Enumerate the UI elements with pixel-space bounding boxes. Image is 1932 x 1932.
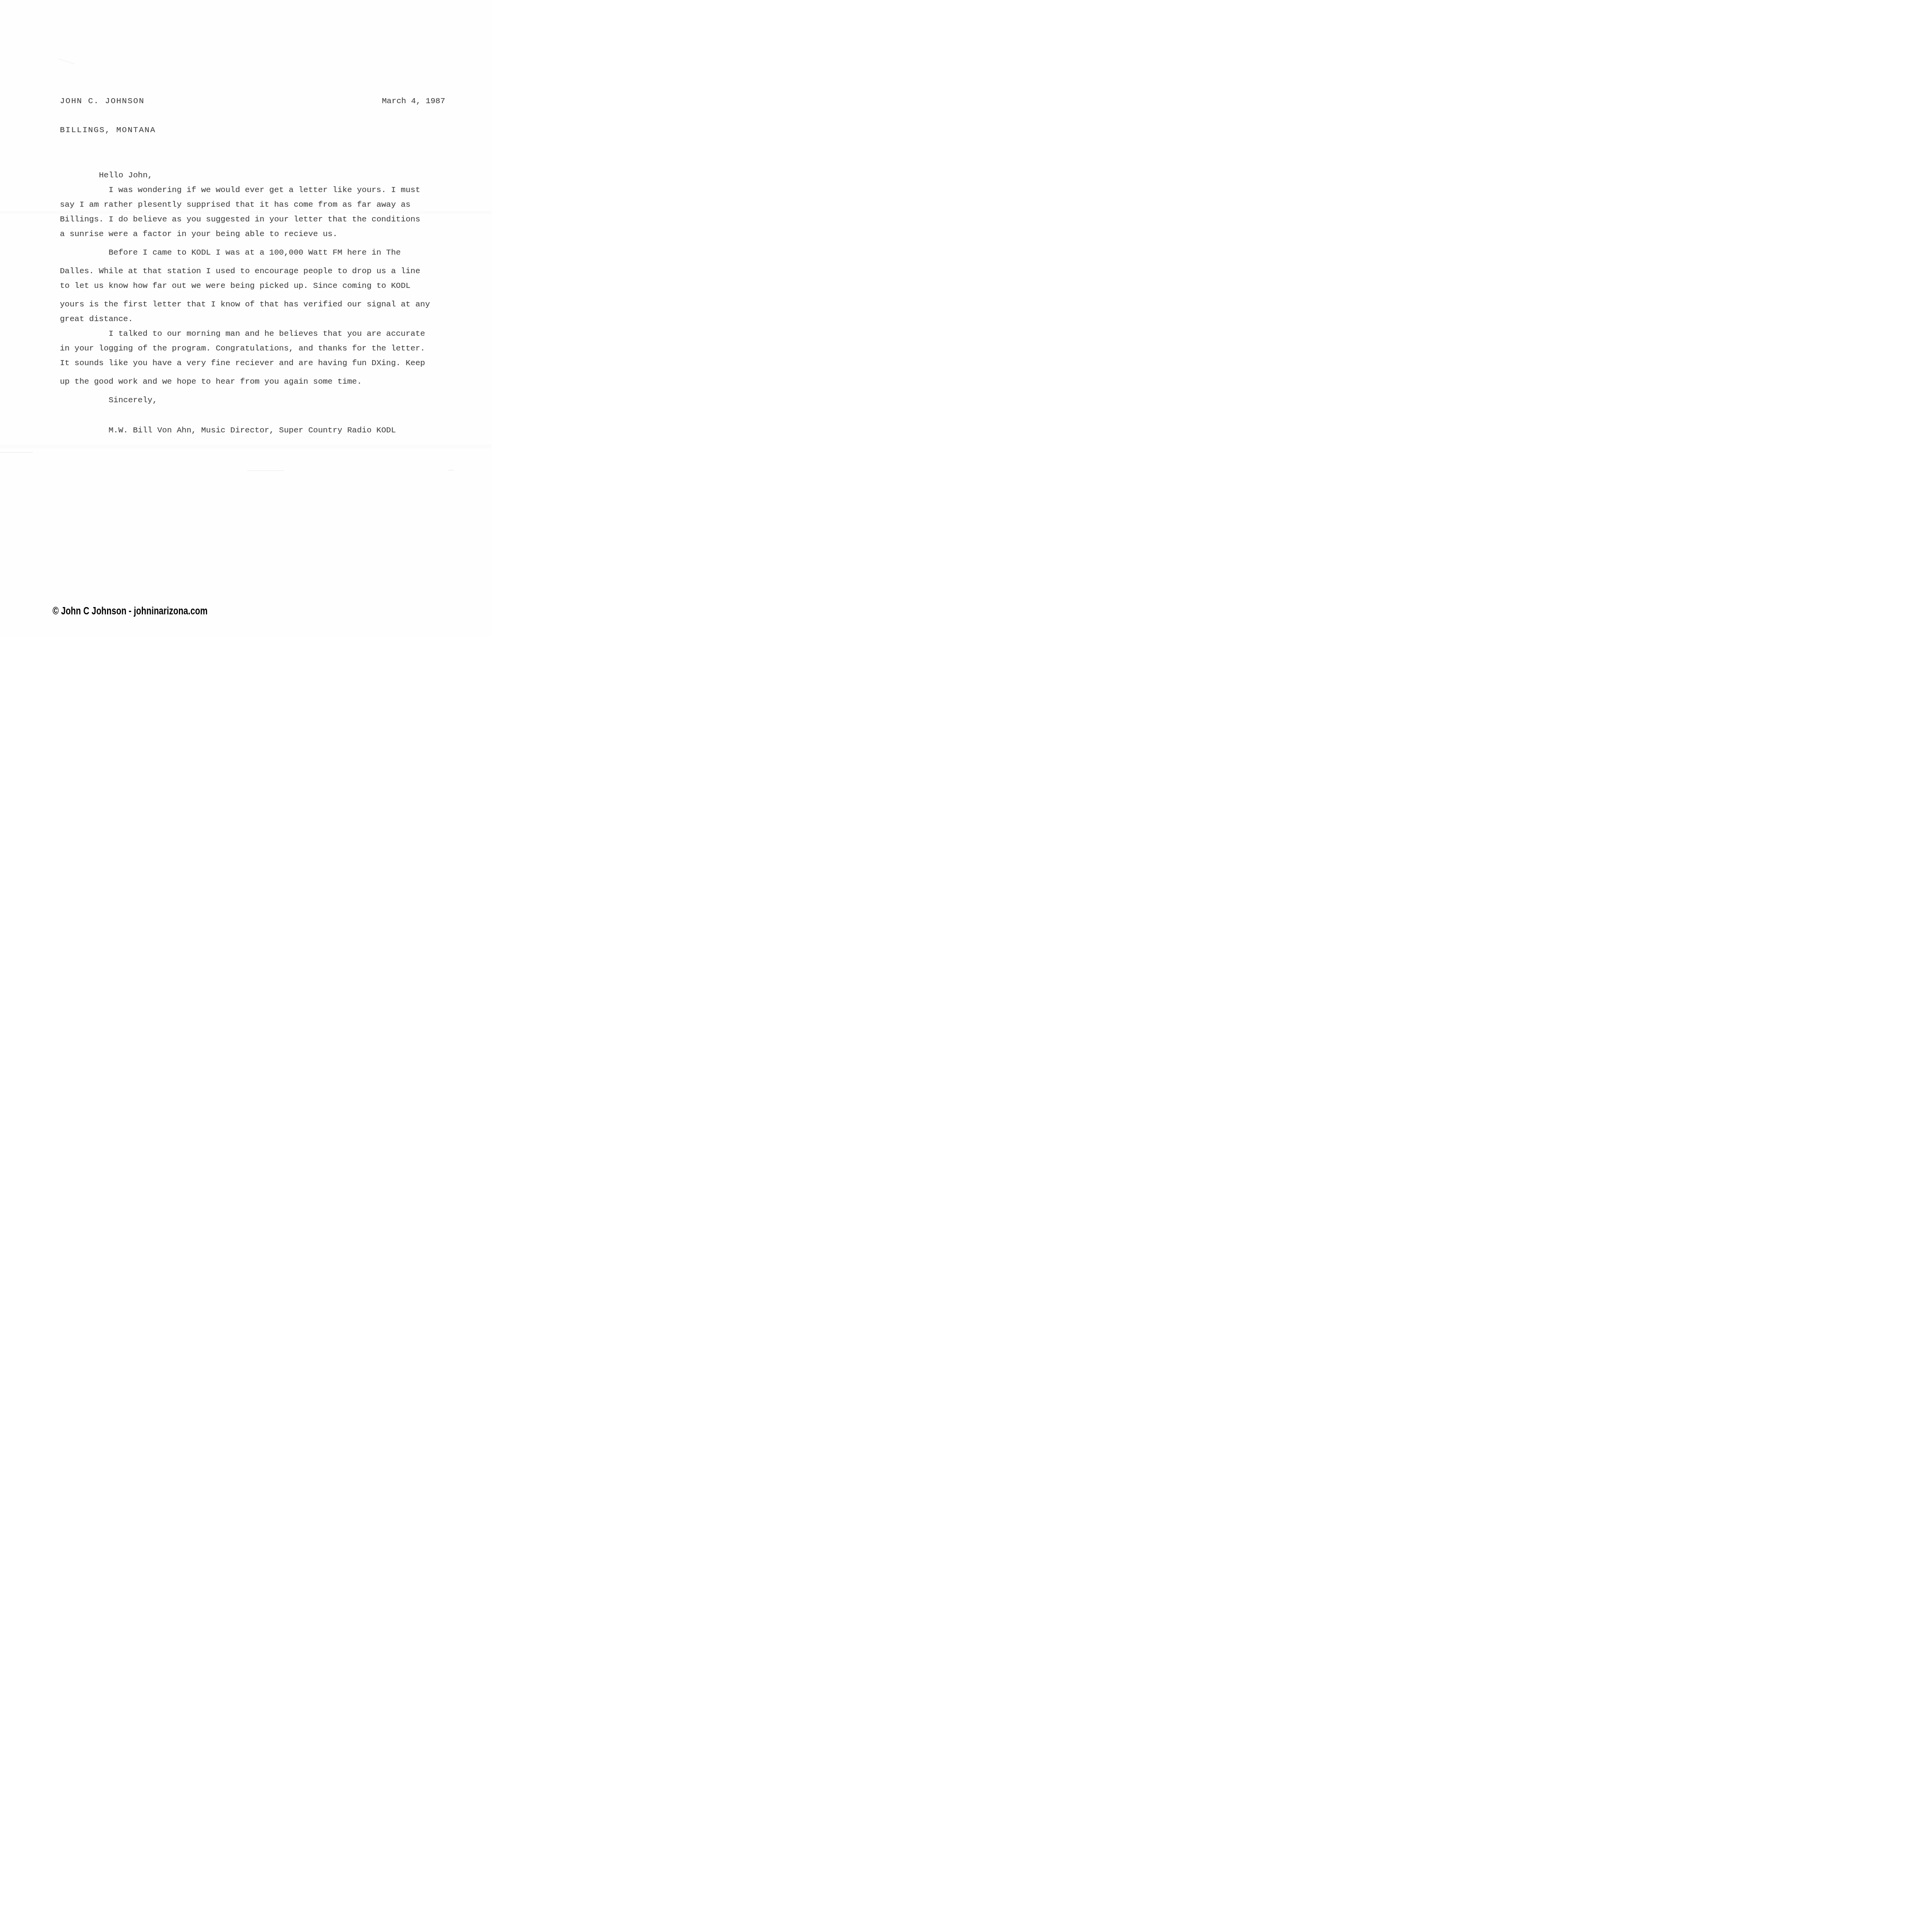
letter-line: in your logging of the program. Congratu…: [60, 342, 468, 356]
letter-line: Before I came to KODL I was at a 100,000…: [60, 246, 468, 260]
letter-body: Hello John, I was wondering if we would …: [60, 168, 468, 438]
letter-line: yours is the first letter that I know of…: [60, 298, 468, 312]
scan-artifact: [448, 470, 454, 471]
signature-line: M.W. Bill Von Ahn, Music Director, Super…: [60, 423, 468, 438]
recipient-location: BILLINGS, MONTANA: [60, 123, 445, 138]
copyright-credit: © John C Johnson - johninarizona.com: [53, 605, 207, 617]
closing-line: Sincerely,: [60, 393, 468, 408]
letter-date: March 4, 1987: [382, 94, 445, 109]
letter-line: up the good work and we hope to hear fro…: [60, 375, 468, 389]
letter-line: great distance.: [60, 312, 468, 327]
letter-line: a sunrise were a factor in your being ab…: [60, 227, 468, 242]
letter-line: I talked to our morning man and he belie…: [60, 327, 468, 342]
letter-line: Billings. I do believe as you suggested …: [60, 213, 468, 227]
salutation-line: Hello John,: [60, 168, 468, 183]
letter-page: JOHN C. JOHNSON March 4, 1987 BILLINGS, …: [0, 0, 492, 637]
letter-header: JOHN C. JOHNSON March 4, 1987 BILLINGS, …: [60, 94, 445, 138]
scan-artifact: [247, 470, 284, 471]
scan-artifact: [58, 58, 75, 65]
scan-artifact: [0, 444, 492, 448]
recipient-name: JOHN C. JOHNSON: [60, 94, 145, 109]
letter-line: It sounds like you have a very fine reci…: [60, 356, 468, 371]
scan-artifact: [0, 452, 33, 453]
letter-line: I was wondering if we would ever get a l…: [60, 183, 468, 198]
letter-line: Dalles. While at that station I used to …: [60, 264, 468, 279]
letter-line: to let us know how far out we were being…: [60, 279, 468, 294]
letter-line: say I am rather plesently supprised that…: [60, 198, 468, 213]
